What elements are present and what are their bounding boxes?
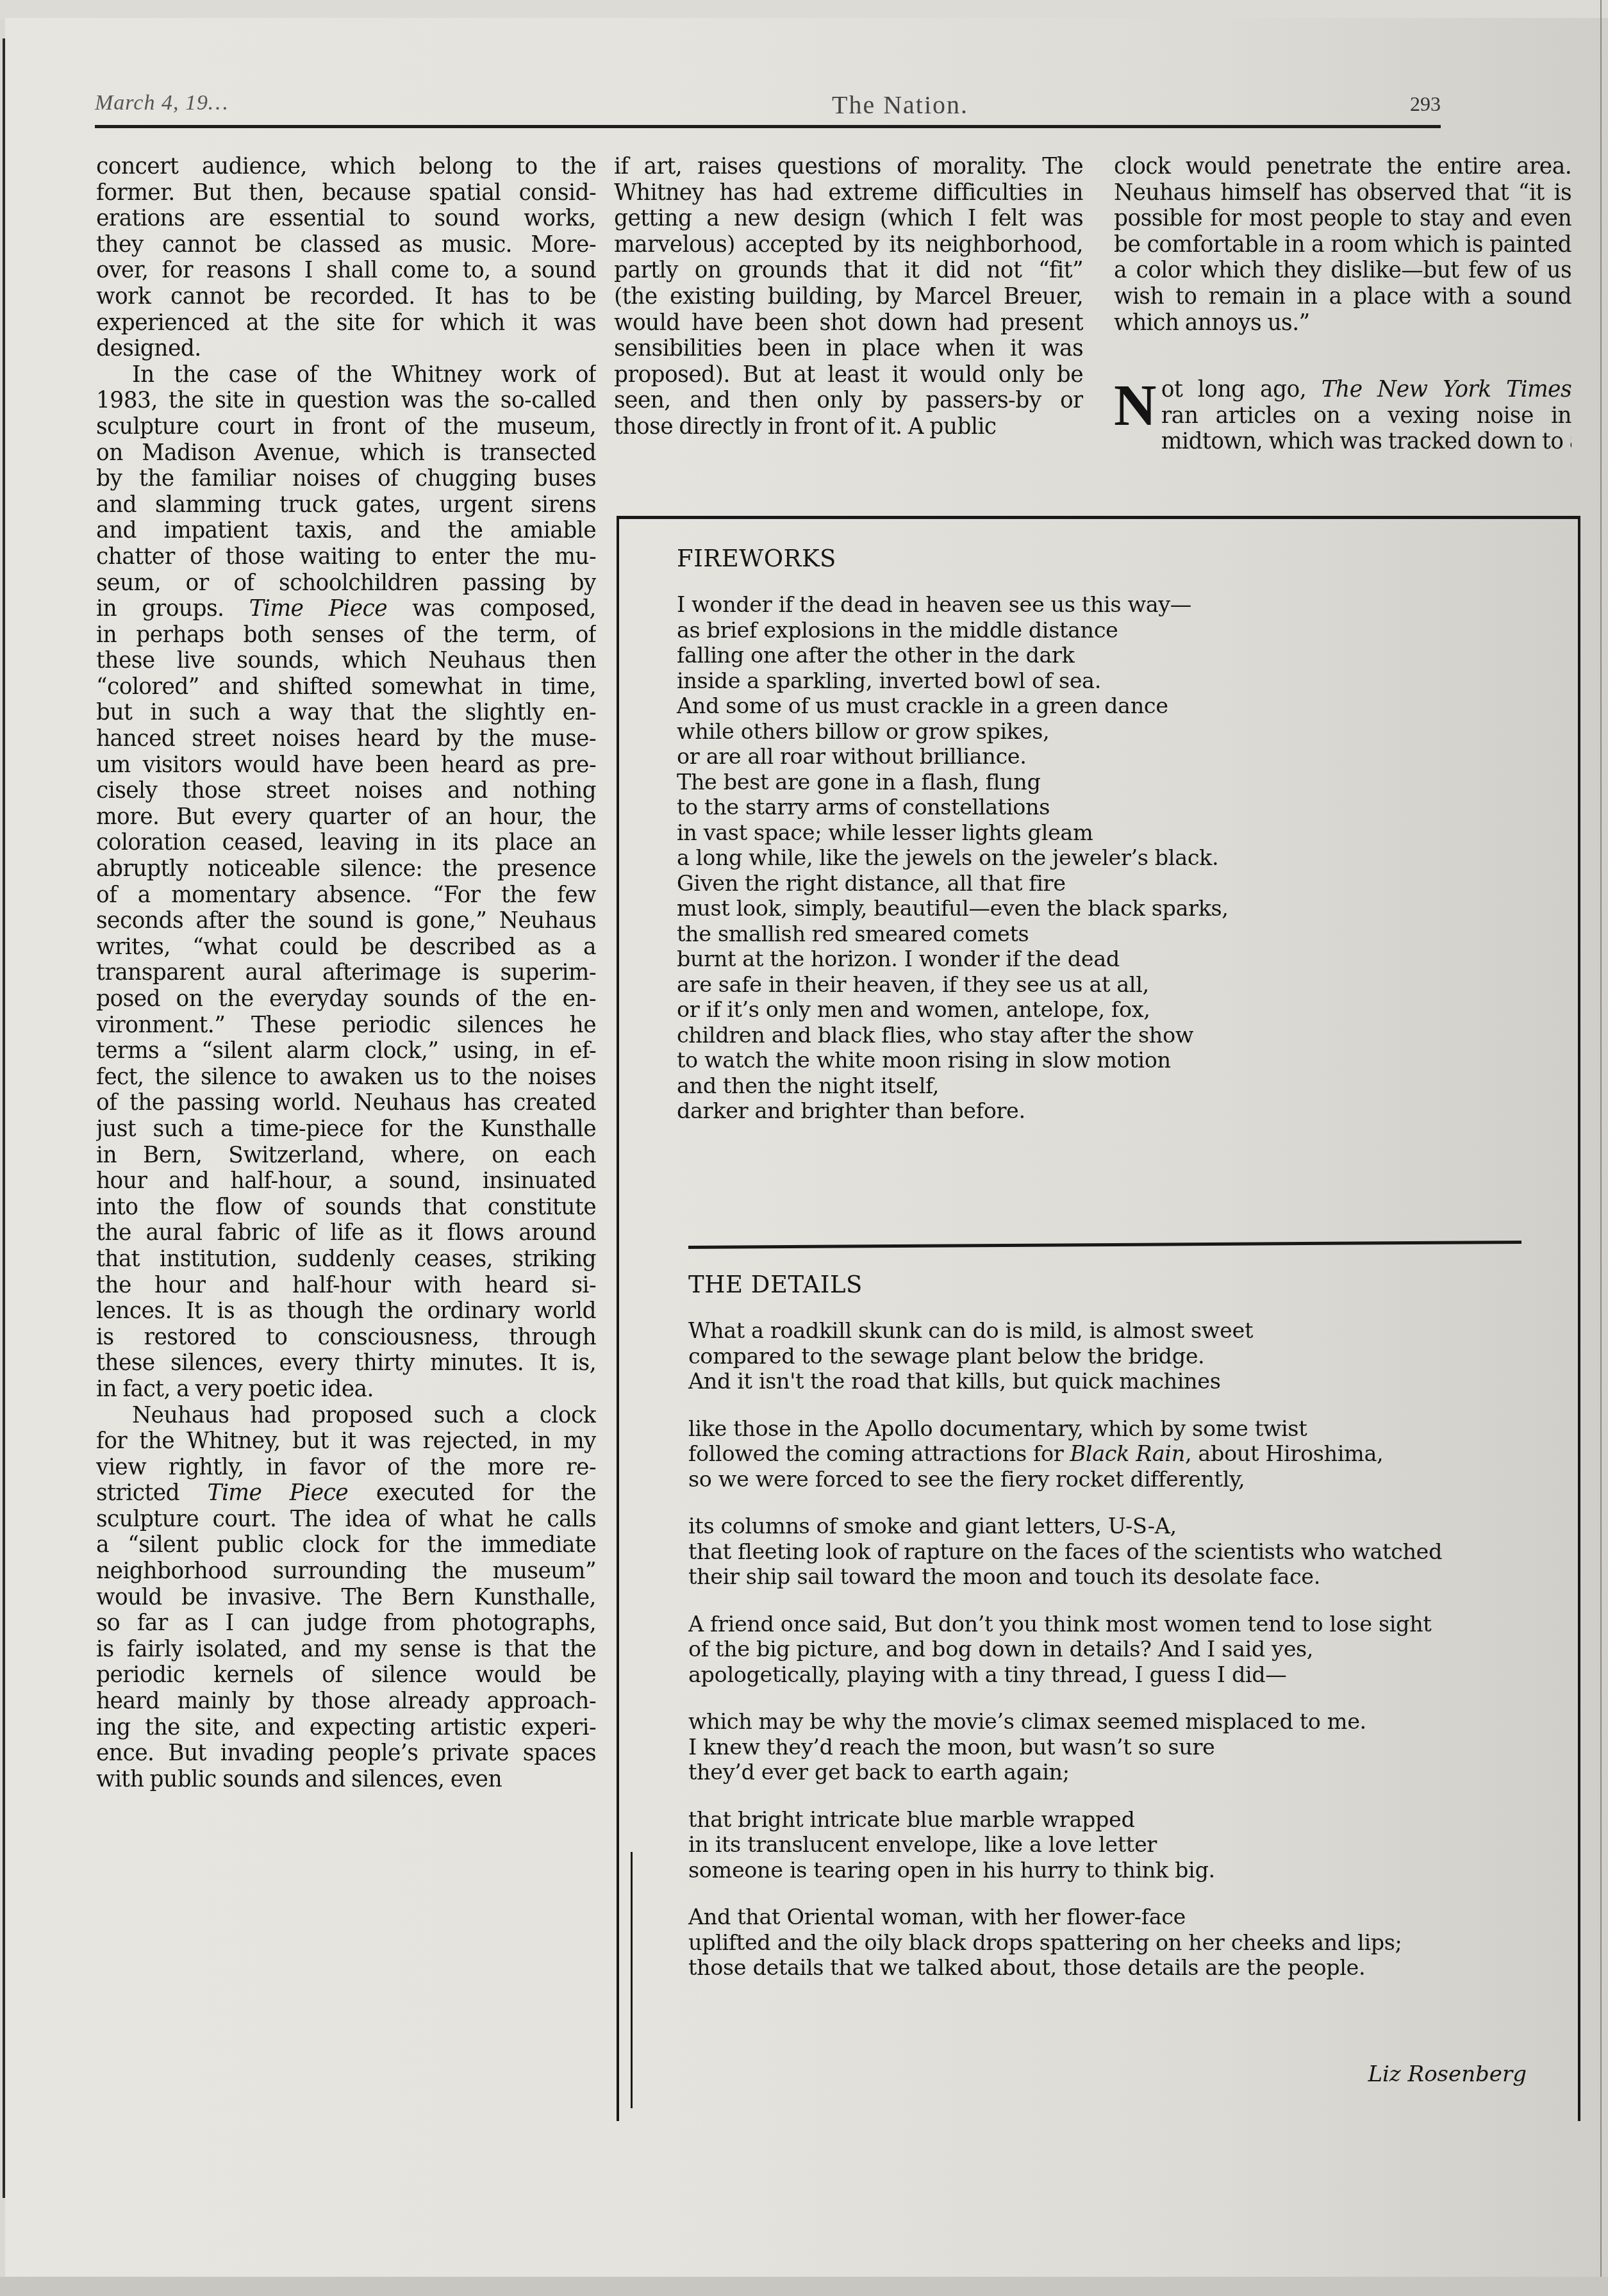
text-line: these silences, every thirty minutes. It… <box>96 1350 596 1376</box>
poem-stanza: A friend once said, But don’t you think … <box>688 1612 1442 1688</box>
text-line: sensibilities been in place when it was <box>614 336 1083 362</box>
poem-title: FIREWORKS <box>677 545 1229 573</box>
poem-line: or are all roar without brilliance. <box>677 744 1229 770</box>
page-right-edge <box>1600 0 1602 2296</box>
poem-line: which may be why the movie’s climax seem… <box>688 1709 1442 1735</box>
text-line: (the existing building, by Marcel Breuer… <box>614 284 1083 310</box>
text-line: hour and half-hour, a sound, insinuated <box>96 1168 596 1194</box>
text-line: getting a new design (which I felt was <box>614 206 1083 232</box>
text-line: in Bern, Switzerland, where, on each <box>96 1143 596 1169</box>
text-line: of the passing world. Neuhaus has create… <box>96 1090 596 1116</box>
poem-line: I knew they’d reach the moon, but wasn’t… <box>688 1735 1442 1760</box>
poem-line: to watch the white moon rising in slow m… <box>677 1048 1229 1073</box>
scan-top-margin <box>0 0 1608 19</box>
text-line: ence. But invading people’s private spac… <box>96 1740 596 1767</box>
text-line: ran articles on a vexing noise in <box>1161 403 1571 429</box>
text-line: erations are essential to sound works, <box>96 206 596 232</box>
text-line: marvelous) accepted by its neighborhood, <box>614 232 1083 258</box>
text-line: hanced street noises heard by the muse- <box>96 726 596 752</box>
text-line: would be invasive. The Bern Kunsthalle, <box>96 1585 596 1611</box>
issue-date: March 4, 19… <box>95 91 228 115</box>
text-line: heard mainly by those already approach- <box>96 1689 596 1715</box>
text-line: those directly in front of it. A public <box>614 414 1083 440</box>
text-line: with public sounds and silences, even <box>96 1767 596 1793</box>
text-line: abruptly noticeable silence: the presenc… <box>96 856 596 882</box>
text-line: proposed). But at least it would only be <box>614 362 1083 388</box>
text-line: by the familiar noises of chugging buses <box>96 466 596 492</box>
text-line: if art, raises questions of morality. Th… <box>614 154 1083 180</box>
poem-line: And that Oriental woman, with her flower… <box>688 1904 1442 1930</box>
poem-line: uplifted and the oily black drops spatte… <box>688 1930 1442 1956</box>
text-line: seen, and then only by passers-by or <box>614 388 1083 414</box>
poem-stanza: like those in the Apollo documentary, wh… <box>688 1416 1442 1492</box>
poem-line: or if it’s only men and women, antelope,… <box>677 997 1229 1023</box>
poem-line: the smallish red smeared comets <box>677 921 1229 947</box>
text-line: in perhaps both senses of the term, of <box>96 622 596 648</box>
text-line: and slamming truck gates, urgent sirens <box>96 492 596 518</box>
text-line: work cannot be recorded. It has to be <box>96 284 596 310</box>
poem-line: inside a sparkling, inverted bowl of sea… <box>677 668 1229 694</box>
text-line: posed on the everyday sounds of the en- <box>96 986 596 1012</box>
text-line: is restored to consciousness, through <box>96 1325 596 1351</box>
text-line: vironment.” These periodic silences he <box>96 1012 596 1039</box>
poem-line: they’d ever get back to earth again; <box>688 1760 1442 1785</box>
text-line: seconds after the sound is gone,” Neuhau… <box>96 908 596 934</box>
scan-bottom-margin <box>0 2277 1608 2296</box>
text-line: concert audience, which belong to the <box>96 154 596 180</box>
text-line: transparent aural afterimage is superim- <box>96 960 596 986</box>
poem-separator-rule <box>688 1241 1521 1249</box>
text-line: which annoys us.” <box>1114 310 1571 336</box>
text-line: chatter of those waiting to enter the mu… <box>96 544 596 570</box>
text-line: fect, the silence to awaken us to the no… <box>96 1064 596 1091</box>
text-line: midtown, which was tracked down to a <box>1161 429 1571 455</box>
text-line: writes, “what could be described as a <box>96 934 596 961</box>
text-line: the hour and half-hour with heard si- <box>96 1273 596 1299</box>
text-line: seum, or of schoolchildren passing by <box>96 570 596 597</box>
poem-stanza: which may be why the movie’s climax seem… <box>688 1709 1442 1785</box>
text-line: the aural fabric of life as it flows aro… <box>96 1220 596 1246</box>
article-column-right: clock would penetrate the entire area.Ne… <box>1114 154 1571 455</box>
poem-line: children and black flies, who stay after… <box>677 1023 1229 1048</box>
poem-line: someone is tearing open in his hurry to … <box>688 1858 1442 1883</box>
poem-line: like those in the Apollo documentary, wh… <box>688 1416 1442 1442</box>
page-number: 293 <box>1410 92 1441 116</box>
text-line: clock would penetrate the entire area. <box>1114 154 1571 180</box>
poem-line: in vast space; while lesser lights gleam <box>677 820 1229 846</box>
text-line: wish to remain in a place with a sound <box>1114 284 1571 310</box>
poem-stanza: I wonder if the dead in heaven see us th… <box>677 592 1229 1124</box>
article-paragraph: if art, raises questions of morality. Th… <box>614 154 1083 440</box>
poem-line: followed the coming attractions for Blac… <box>688 1441 1442 1467</box>
text-line: Neuhaus had proposed such a clock <box>96 1403 596 1429</box>
text-line: that institution, suddenly ceases, strik… <box>96 1246 596 1273</box>
poem-author: Liz Rosenberg <box>1368 2061 1527 2087</box>
text-line: of a momentary absence. “For the few <box>96 882 596 909</box>
drop-cap: N <box>1114 381 1156 429</box>
article-column-left: concert audience, which belong to thefor… <box>96 154 596 1792</box>
text-line: cisely those street noises and nothing <box>96 778 596 804</box>
poem-line: in its translucent envelope, like a love… <box>688 1832 1442 1858</box>
poem-line: What a roadkill skunk can do is mild, is… <box>688 1318 1442 1344</box>
poem-line: as brief explosions in the middle distan… <box>677 618 1229 643</box>
poem-line: compared to the sewage plant below the b… <box>688 1344 1442 1369</box>
text-line: be comfortable in a room which is painte… <box>1114 232 1571 258</box>
text-line: terms a “silent alarm clock,” using, in … <box>96 1038 596 1064</box>
poem-line: must look, simply, beautiful—even the bl… <box>677 896 1229 921</box>
text-line: just such a time-piece for the Kunsthall… <box>96 1116 596 1143</box>
text-line: um visitors would have been heard as pre… <box>96 752 596 779</box>
text-line: coloration ceased, leaving in its place … <box>96 830 596 856</box>
text-line: partly on grounds that it did not “fit” <box>614 258 1083 284</box>
text-line: for the Whitney, but it was rejected, in… <box>96 1428 596 1455</box>
text-line: lences. It is as though the ordinary wor… <box>96 1298 596 1325</box>
text-line: more. But every quarter of an hour, the <box>96 804 596 830</box>
poem-line: Given the right distance, all that fire <box>677 871 1229 896</box>
text-line: designed. <box>96 336 596 362</box>
article-paragraph: Not long ago, The New York Timesran arti… <box>1114 377 1571 455</box>
poem-line: to the starry arms of constellations <box>677 795 1229 820</box>
poetry-box: FIREWORKSI wonder if the dead in heaven … <box>617 516 1580 2121</box>
article-paragraph: clock would penetrate the entire area.Ne… <box>1114 154 1571 336</box>
text-line: ing the site, and expecting artistic exp… <box>96 1715 596 1741</box>
poem-line: I wonder if the dead in heaven see us th… <box>677 592 1229 618</box>
magazine-title: The Nation. <box>832 90 968 120</box>
text-line: former. But then, because spatial consid… <box>96 180 596 206</box>
poem-line: falling one after the other in the dark <box>677 643 1229 668</box>
poem-line: And some of us must crackle in a green d… <box>677 693 1229 719</box>
poem-line: darker and brighter than before. <box>677 1098 1229 1124</box>
poem-title: THE DETAILS <box>688 1271 1442 1299</box>
text-line: a color which they dislike—but few of us <box>1114 258 1571 284</box>
text-line: would have been shot down had present <box>614 310 1083 336</box>
poem-line: its columns of smoke and giant letters, … <box>688 1514 1442 1539</box>
poem-stanza: And that Oriental woman, with her flower… <box>688 1904 1442 1981</box>
text-line: these live sounds, which Neuhaus then <box>96 648 596 674</box>
poem-line: and then the night itself, <box>677 1073 1229 1099</box>
poem-line: that bright intricate blue marble wrappe… <box>688 1807 1442 1833</box>
poem-line: burnt at the horizon. I wonder if the de… <box>677 946 1229 972</box>
text-line: on Madison Avenue, which is transected <box>96 440 596 467</box>
article-column-middle: if art, raises questions of morality. Th… <box>614 154 1083 440</box>
text-line: is fairly isolated, and my sense is that… <box>96 1637 596 1663</box>
text-line: possible for most people to stay and eve… <box>1114 206 1571 232</box>
text-line: Whitney has had extreme difficulties in <box>614 180 1083 206</box>
poem-line: are safe in their heaven, if they see us… <box>677 972 1229 998</box>
poem-line: their ship sail toward the moon and touc… <box>688 1564 1442 1590</box>
text-line: into the flow of sounds that constitute <box>96 1194 596 1221</box>
text-line: but in such a way that the slightly en- <box>96 700 596 726</box>
article-paragraph: Neuhaus had proposed such a clockfor the… <box>96 1403 596 1793</box>
poem-stanza: What a roadkill skunk can do is mild, is… <box>688 1318 1442 1394</box>
poem-line: A friend once said, But don’t you think … <box>688 1612 1442 1637</box>
poem-line: And it isn't the road that kills, but qu… <box>688 1369 1442 1394</box>
poem-line: while others billow or grow spikes, <box>677 719 1229 745</box>
article-paragraph: In the case of the Whitney work of1983, … <box>96 362 596 1403</box>
text-line: view rightly, in favor of the more re- <box>96 1455 596 1481</box>
text-line: sculpture court. The idea of what he cal… <box>96 1507 596 1533</box>
article-paragraph: concert audience, which belong to thefor… <box>96 154 596 362</box>
poem-line: The best are gone in a flash, flung <box>677 770 1229 795</box>
text-line: so far as I can judge from photographs, <box>96 1610 596 1637</box>
text-line: Neuhaus himself has observed that “it is <box>1114 180 1571 206</box>
text-line: and impatient taxis, and the amiable <box>96 518 596 544</box>
text-line: periodic kernels of silence would be <box>96 1662 596 1689</box>
header-rule <box>95 125 1441 128</box>
poem-line: a long while, like the jewels on the jew… <box>677 845 1229 871</box>
poem-line: that fleeting look of rapture on the fac… <box>688 1539 1442 1565</box>
poem-the-details: THE DETAILSWhat a roadkill skunk can do … <box>688 1271 1442 2003</box>
text-line: sculpture court in front of the museum, <box>96 414 596 440</box>
poem-line: those details that we talked about, thos… <box>688 1955 1442 1981</box>
poem-stanza: that bright intricate blue marble wrappe… <box>688 1807 1442 1883</box>
running-header: March 4, 19… The Nation. 293 <box>95 91 1441 122</box>
text-line: over, for reasons I shall come to, a sou… <box>96 258 596 284</box>
text-line: they cannot be classed as music. More- <box>96 232 596 258</box>
text-line: experienced at the site for which it was <box>96 310 596 336</box>
text-line: in fact, a very poetic idea. <box>96 1376 596 1403</box>
poem-line: apologetically, playing with a tiny thre… <box>688 1662 1442 1688</box>
text-line: neighborhood surrounding the museum” <box>96 1558 596 1585</box>
poem-stanza: its columns of smoke and giant letters, … <box>688 1514 1442 1590</box>
poem-fireworks: FIREWORKSI wonder if the dead in heaven … <box>677 545 1229 1146</box>
text-line: stricted Time Piece executed for the <box>96 1480 596 1507</box>
text-line: ot long ago, The New York Times <box>1161 377 1571 403</box>
text-line: “colored” and shifted somewhat in time, <box>96 674 596 700</box>
poem-line: of the big picture, and bog down in deta… <box>688 1637 1442 1662</box>
text-line: In the case of the Whitney work of <box>96 362 596 388</box>
text-line: 1983, the site in question was the so-ca… <box>96 388 596 414</box>
page-left-edge <box>3 38 5 2198</box>
poem-line: so we were forced to see the fiery rocke… <box>688 1467 1442 1492</box>
text-line: a “silent public clock for the immediate <box>96 1532 596 1558</box>
text-line: in groups. Time Piece was composed, <box>96 596 596 622</box>
